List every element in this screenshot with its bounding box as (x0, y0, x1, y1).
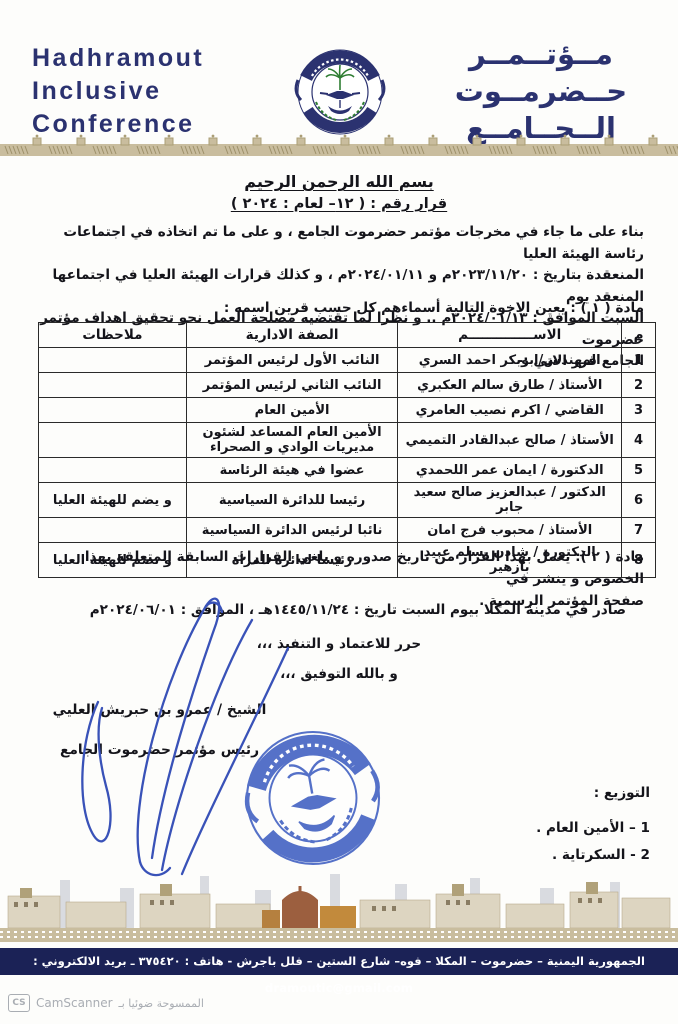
camscanner-icon: CS (8, 994, 30, 1012)
cell-notes: و يضم للهيئة العليا (39, 483, 187, 518)
col-header-title: الصفة الادارية (186, 323, 398, 348)
table-row: 7 الأستاذ / محبوب فرج امان نائبا لرئيس ا… (39, 518, 656, 543)
cell-title: الأمين العام المساعد لشئون مديريات الواد… (186, 423, 398, 458)
appointments-table: م الاســــــــــــــم الصفة الادارية ملا… (38, 322, 656, 578)
decorative-border-top (0, 134, 678, 156)
cell-no: 5 (622, 458, 656, 483)
cell-name: القاضي / اكرم نصيب العامري (398, 398, 622, 423)
cell-notes (39, 518, 187, 543)
cell-no: 6 (622, 483, 656, 518)
cell-name: الأستاذ / صالح عبدالقادر التميمي (398, 423, 622, 458)
cell-name: الدكتورة / ايمان عمر اللحمدي (398, 458, 622, 483)
cell-notes (39, 458, 187, 483)
cell-name: الأستاذ / طارق سالم العكبري (398, 373, 622, 398)
cell-title: نائبا لرئيس الدائرة السياسية (186, 518, 398, 543)
table-row: 1 المهندس/ابوبكر احمد السري النائب الأول… (39, 348, 656, 373)
col-header-name: الاســــــــــــــم (398, 323, 622, 348)
english-title: Hadhramout Inclusive Conference (32, 42, 262, 141)
cell-title: النائب الثاني لرئيس المؤتمر (186, 373, 398, 398)
cell-no: 7 (622, 518, 656, 543)
cell-title: رئيسا للدائرة السياسية (186, 483, 398, 518)
distribution-block: التوزيع : 1 – الأمين العام . 2 - السكرتا… (515, 780, 650, 869)
preamble-line: بناء على ما جاء في مخرجات مؤتمر حضرموت ا… (34, 222, 644, 265)
distribution-item: 2 - السكرتاية . (515, 842, 650, 869)
english-title-line: Hadhramout (32, 42, 262, 75)
cell-name: الأستاذ / محبوب فرج امان (398, 518, 622, 543)
cell-notes (39, 398, 187, 423)
cell-no: 3 (622, 398, 656, 423)
cell-title: النائب الأول لرئيس المؤتمر (186, 348, 398, 373)
distribution-title: التوزيع : (515, 780, 650, 807)
basmala-line: بسم الله الرحمن الرحيم (0, 172, 678, 191)
cell-name: الدكتور / عبدالعزيز صالح سعيد جابر (398, 483, 622, 518)
table-row: 4 الأستاذ / صالح عبدالقادر التميمي الأمي… (39, 423, 656, 458)
cell-notes (39, 373, 187, 398)
table-row: 3 القاضي / اكرم نصيب العامري الأمين العا… (39, 398, 656, 423)
arabic-title-line: مــؤتــمــر (430, 36, 652, 73)
table-row: 5 الدكتورة / ايمان عمر اللحمدي عضوا في ه… (39, 458, 656, 483)
camscanner-arabic-label: الممسوحة ضوئيا بـ (119, 997, 204, 1010)
table-row: 2 الأستاذ / طارق سالم العكبري النائب الث… (39, 373, 656, 398)
camscanner-brand: CamScanner (36, 996, 113, 1010)
article-2-line: مادة ( ٢ ): يعمل بهذا القرار من تاريخ صد… (34, 546, 644, 590)
cell-title: الأمين العام (186, 398, 398, 423)
col-header-number: م (622, 323, 656, 348)
article-1-line: مادة ( ١ ) : يعين الاخوة التالية أسماءهم… (224, 300, 644, 316)
cell-no: 1 (622, 348, 656, 373)
cell-notes (39, 348, 187, 373)
cityscape-footer-art (0, 866, 678, 948)
scanned-decree-document: Hadhramout Inclusive Conference (0, 0, 678, 1024)
handwritten-signature-icon (40, 590, 310, 885)
conference-logo-icon (288, 36, 392, 148)
arabic-title: مــؤتــمــر حــضرمــوت الــجــامــع (430, 36, 652, 147)
table-row: 6 الدكتور / عبدالعزيز صالح سعيد جابر رئي… (39, 483, 656, 518)
cell-no: 2 (622, 373, 656, 398)
cell-notes (39, 423, 187, 458)
camscanner-watermark: CS CamScanner الممسوحة ضوئيا بـ (8, 994, 204, 1012)
cell-title: عضوا في هيئة الرئاسة (186, 458, 398, 483)
table-header-row: م الاســــــــــــــم الصفة الادارية ملا… (39, 323, 656, 348)
col-header-notes: ملاحظات (39, 323, 187, 348)
distribution-item: 1 – الأمين العام . (515, 815, 650, 842)
cell-name: المهندس/ابوبكر احمد السري (398, 348, 622, 373)
arabic-title-line: حــضرمــوت (430, 73, 652, 110)
decree-number-line: قرار رقم : ( ١٢– لعام : ٢٠٢٤ ) (0, 196, 678, 212)
footer-contact-bar: الجمهورية اليمنية – حضرموت – المكلا – فو… (0, 948, 678, 975)
cell-no: 4 (622, 423, 656, 458)
english-title-line: Inclusive (32, 75, 262, 108)
